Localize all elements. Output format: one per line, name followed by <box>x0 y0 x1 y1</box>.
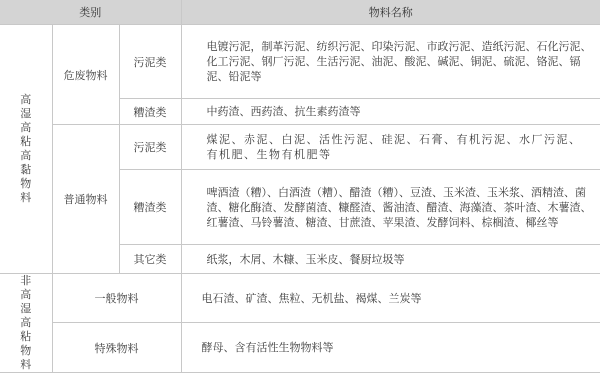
table-row: 特殊物料 酵母、含有活性生物物料等 <box>0 323 600 373</box>
type-cell: 糟渣类 <box>119 99 181 125</box>
header-row: 类别 物料名称 <box>0 0 600 25</box>
group-label-high-moisture: 高湿高粘高黏物料 <box>0 25 52 274</box>
type-cell: 污泥类 <box>119 125 181 170</box>
materials-cell: 电石渣、矿渣、焦粒、无机盐、褐煤、兰炭等 <box>181 274 600 323</box>
table-row: 高湿高粘高黏物料 危废物料 污泥类 电镀污泥，制革污泥、纺织污泥、印染污泥、市政… <box>0 25 600 99</box>
subgroup-general: 一般物料 <box>52 274 181 323</box>
header-category: 类别 <box>0 0 181 25</box>
materials-cell: 酵母、含有活性生物物料等 <box>181 323 600 373</box>
type-cell: 糟渣类 <box>119 170 181 245</box>
materials-cell: 纸浆，木屑、木糠、玉米皮、餐厨垃圾等 <box>181 245 600 274</box>
material-classification-table: 类别 物料名称 高湿高粘高黏物料 危废物料 污泥类 电镀污泥，制革污泥、纺织污泥… <box>0 0 600 373</box>
type-cell: 其它类 <box>119 245 181 274</box>
table-row: 非高湿高粘物料 一般物料 电石渣、矿渣、焦粒、无机盐、褐煤、兰炭等 <box>0 274 600 323</box>
materials-cell: 啤酒渣（糟）、白酒渣（糟）、醋渣（糟）、豆渣、玉米渣、玉米浆、酒精渣、菌渣、糖化… <box>181 170 600 245</box>
group-label-non-high-moisture: 非高湿高粘物料 <box>0 274 52 373</box>
type-cell: 污泥类 <box>119 25 181 99</box>
header-material-name: 物料名称 <box>181 0 600 25</box>
materials-cell: 中药渣、西药渣、抗生素药渣等 <box>181 99 600 125</box>
materials-cell: 煤泥、赤泥、白泥、活性污泥、硅泥、石膏、有机污泥、水厂污泥、有机肥、生物有机肥等 <box>181 125 600 170</box>
subgroup-ordinary: 普通物料 <box>52 125 119 274</box>
materials-cell: 电镀污泥，制革污泥、纺织污泥、印染污泥、市政污泥、造纸污泥、石化污泥、化工污泥、… <box>181 25 600 99</box>
subgroup-hazardous: 危废物料 <box>52 25 119 125</box>
subgroup-special: 特殊物料 <box>52 323 181 373</box>
table-row: 普通物料 污泥类 煤泥、赤泥、白泥、活性污泥、硅泥、石膏、有机污泥、水厂污泥、有… <box>0 125 600 170</box>
